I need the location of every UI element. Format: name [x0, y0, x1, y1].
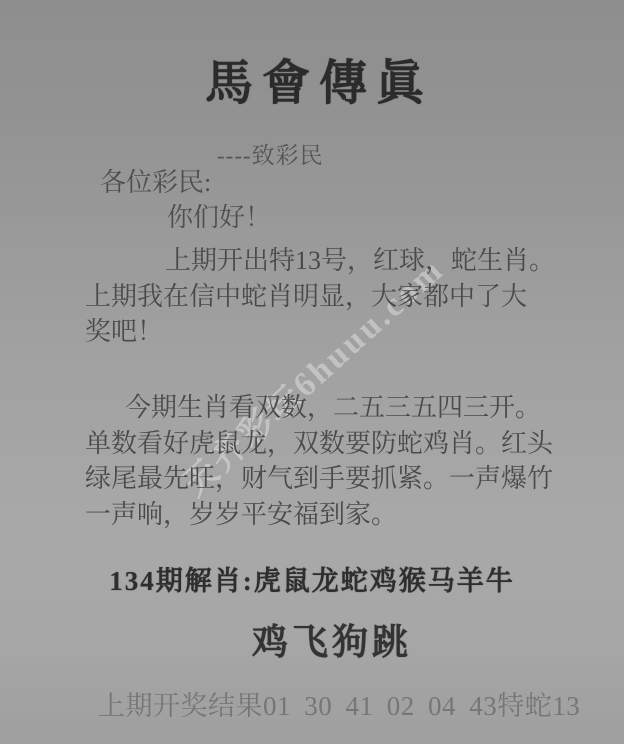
paragraph-line: 上期我在信中蛇肖明显，大家都中了大 — [85, 279, 555, 315]
salutation-line: 各位彩民: — [100, 162, 211, 199]
fax-letter-page: 天齐彩坛6huuu.com 馬會傳眞 ----致彩民 各位彩民: 你们好！ 上期… — [0, 0, 624, 744]
paragraph-line: 绿尾最先旺，财气到手要抓紧。一声爆竹 — [85, 461, 555, 497]
greeting-line: 你们好！ — [167, 197, 271, 234]
letter-paragraph-current-tip: 今期生肖看双数，二五三五四三开。 单数看好虎鼠龙，双数要防蛇鸡肖。红头 绿尾最先… — [85, 390, 555, 532]
paragraph-line: 一声响，岁岁平安福到家。 — [85, 497, 555, 533]
paragraph-line: 奖吧！ — [85, 314, 555, 350]
paragraph-line: 今期生肖看双数，二五三五四三开。 — [85, 390, 555, 426]
letter-paragraph-previous-draw: 上期开出特13号，红球，蛇生肖。 上期我在信中蛇肖明显，大家都中了大 奖吧！ — [85, 243, 555, 350]
issue-zodiac-interpretation-line: 134期解肖:虎鼠龙蛇鸡猴马羊牛 — [0, 559, 624, 598]
paragraph-line: 单数看好虎鼠龙，双数要防蛇鸡肖。红头 — [85, 426, 555, 462]
paragraph-line: 上期开出特13号，红球，蛇生肖。 — [85, 243, 555, 279]
previous-draw-result-line: 上期开奖结果01 30 41 02 04 43特蛇13 — [98, 684, 580, 723]
page-title: 馬會傳眞 — [0, 44, 624, 113]
idiom-headline: 鸡飞狗跳 — [0, 614, 624, 665]
dedication-line: ----致彩民 — [217, 137, 324, 170]
